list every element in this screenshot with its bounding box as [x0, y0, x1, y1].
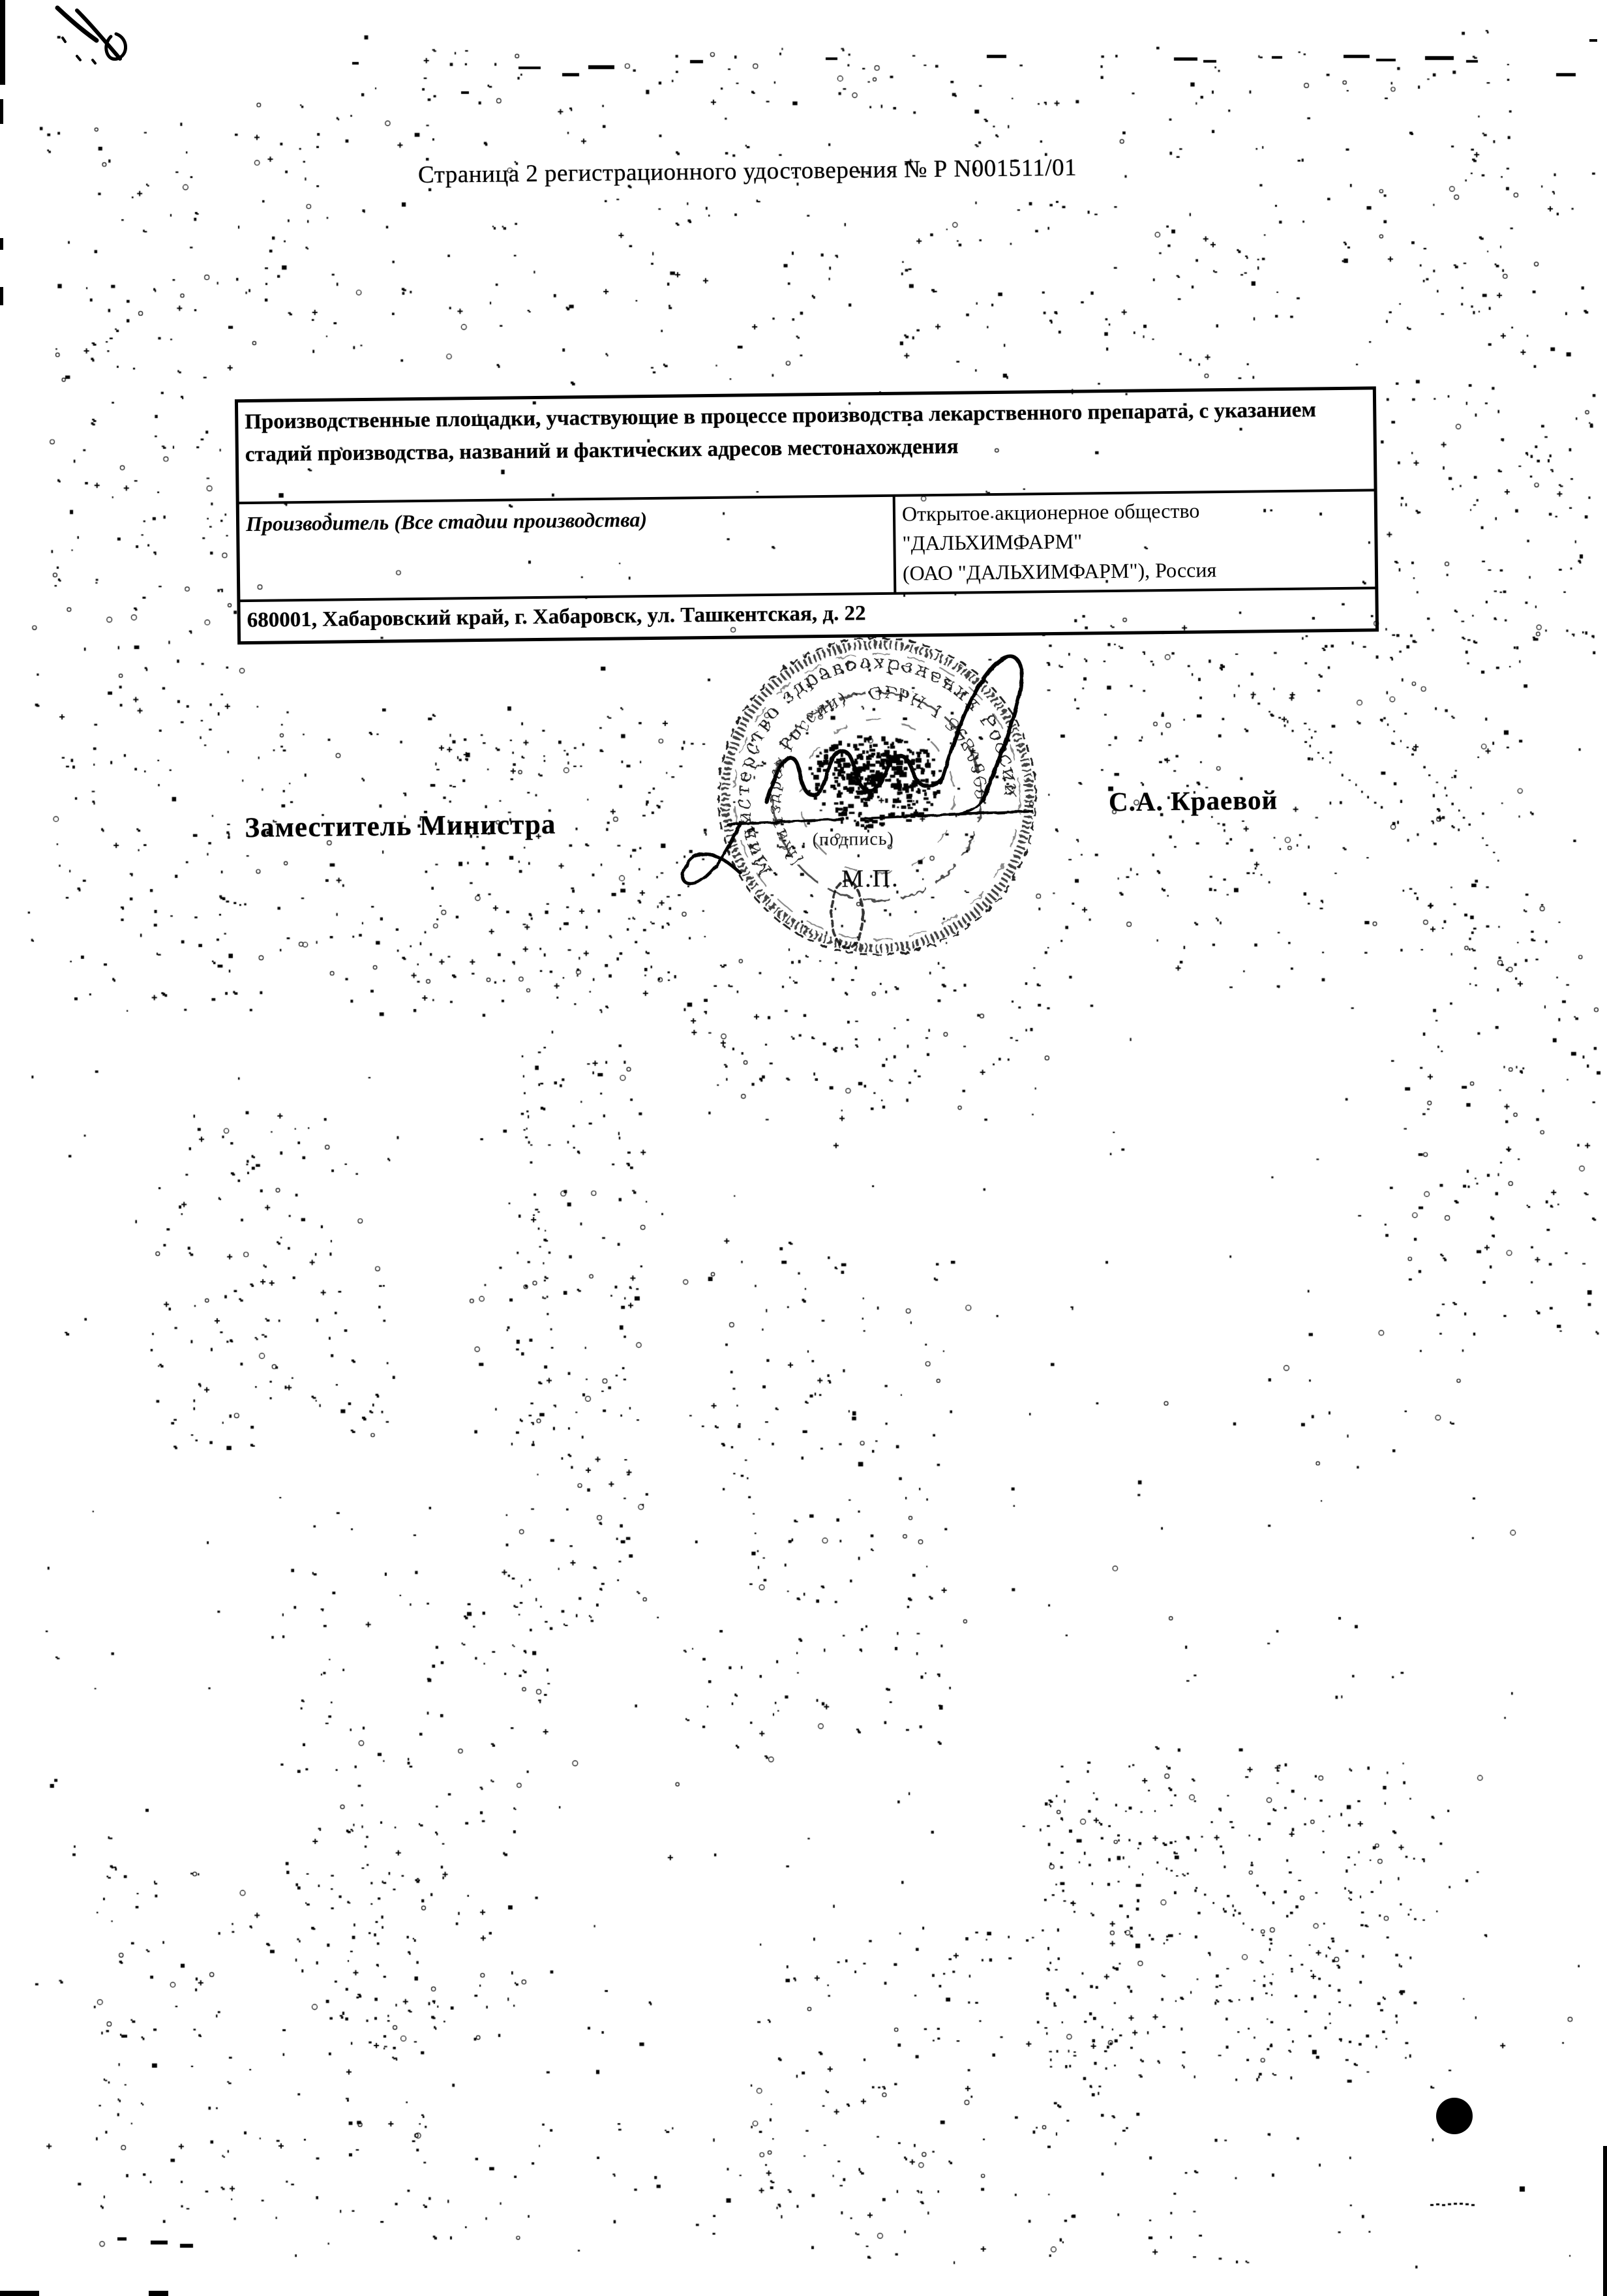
handwritten-signature [680, 656, 1034, 950]
producer-name-line: (ОАО "ДАЛЬХИМФАРМ"), Россия [903, 553, 1371, 588]
svg-text:Министерство здравоохранения Р: Министерство здравоохранения России [674, 594, 1045, 952]
producer-name-line: Открытое акционерное общество [902, 494, 1370, 529]
production-sites-table: Производственные площадки, участвующие в… [235, 386, 1379, 644]
seal-place-caption: М.П. [841, 864, 899, 894]
page-title: Страница 2 регистрационного удостоверени… [418, 154, 1077, 189]
signature-line [727, 819, 843, 824]
signature-line [865, 811, 1032, 818]
producer-stage-cell: Производитель (Все стадии производства) [239, 497, 897, 599]
signer-title: Заместитель Министра [245, 809, 556, 844]
signature-caption: (подпись) [812, 829, 894, 851]
seal-outer-ring-text: Министерство здравоохранения России [674, 594, 1045, 952]
scanned-document-page: { "page": { "header": "Страница 2 регист… [0, 0, 1607, 2296]
seal-rings: Министерство здравоохранения России (Мин… [672, 592, 1047, 957]
hole-punch-dot [1436, 2098, 1473, 2134]
producer-name-line: "ДАЛЬХИМФАРМ" [902, 524, 1370, 559]
table-row: Производитель (Все стадии производства) … [239, 491, 1375, 602]
official-seal: Министерство здравоохранения России (Мин… [0, 0, 1607, 2296]
producer-name-cell: Открытое акционерное общество "ДАЛЬХИМФА… [895, 491, 1375, 592]
signer-name: С.А. Краевой [1109, 784, 1278, 817]
document-content: Страница 2 регистрационного удостоверени… [0, 0, 1607, 2296]
table-header-cell: Производственные площадки, участвующие в… [238, 389, 1374, 504]
